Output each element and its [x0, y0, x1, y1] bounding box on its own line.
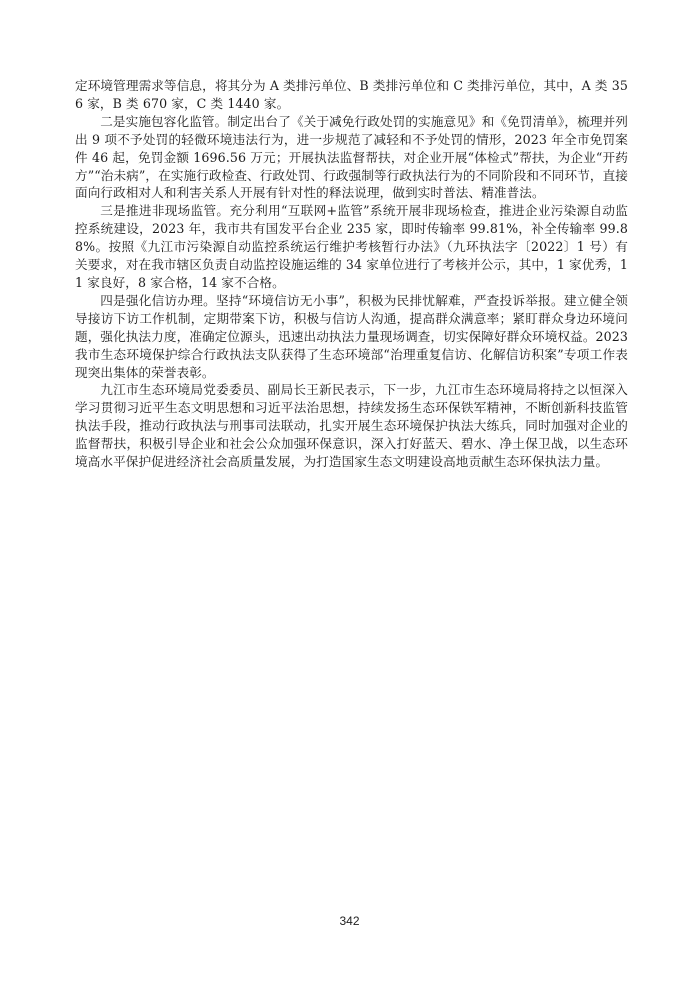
- paragraph-off-site-supervision: 三是推进非现场监管。充分利用“互联网+监管”系统开展非现场检查，推进企业污染源自…: [75, 202, 628, 292]
- paragraph-next-steps-statement: 九江市生态环境局党委委员、副局长王新民表示，下一步，九江市生态环境局将持之以恒深…: [75, 381, 628, 471]
- page-number: 342: [0, 914, 699, 928]
- paragraph-petition-handling: 四是强化信访办理。坚持“环境信访无小事”，积极为民排忧解难，严查投诉举报。建立健…: [75, 292, 628, 382]
- paragraph-continuation-classification: 定环境管理需求等信息，将其分为 A 类排污单位、B 类排污单位和 C 类排污单位…: [75, 77, 628, 113]
- paragraph-inclusive-supervision: 二是实施包容化监管。制定出台了《关于减免行政处罚的实施意见》和《免罚清单》，梳理…: [75, 113, 628, 203]
- document-body: 定环境管理需求等信息，将其分为 A 类排污单位、B 类排污单位和 C 类排污单位…: [75, 77, 628, 471]
